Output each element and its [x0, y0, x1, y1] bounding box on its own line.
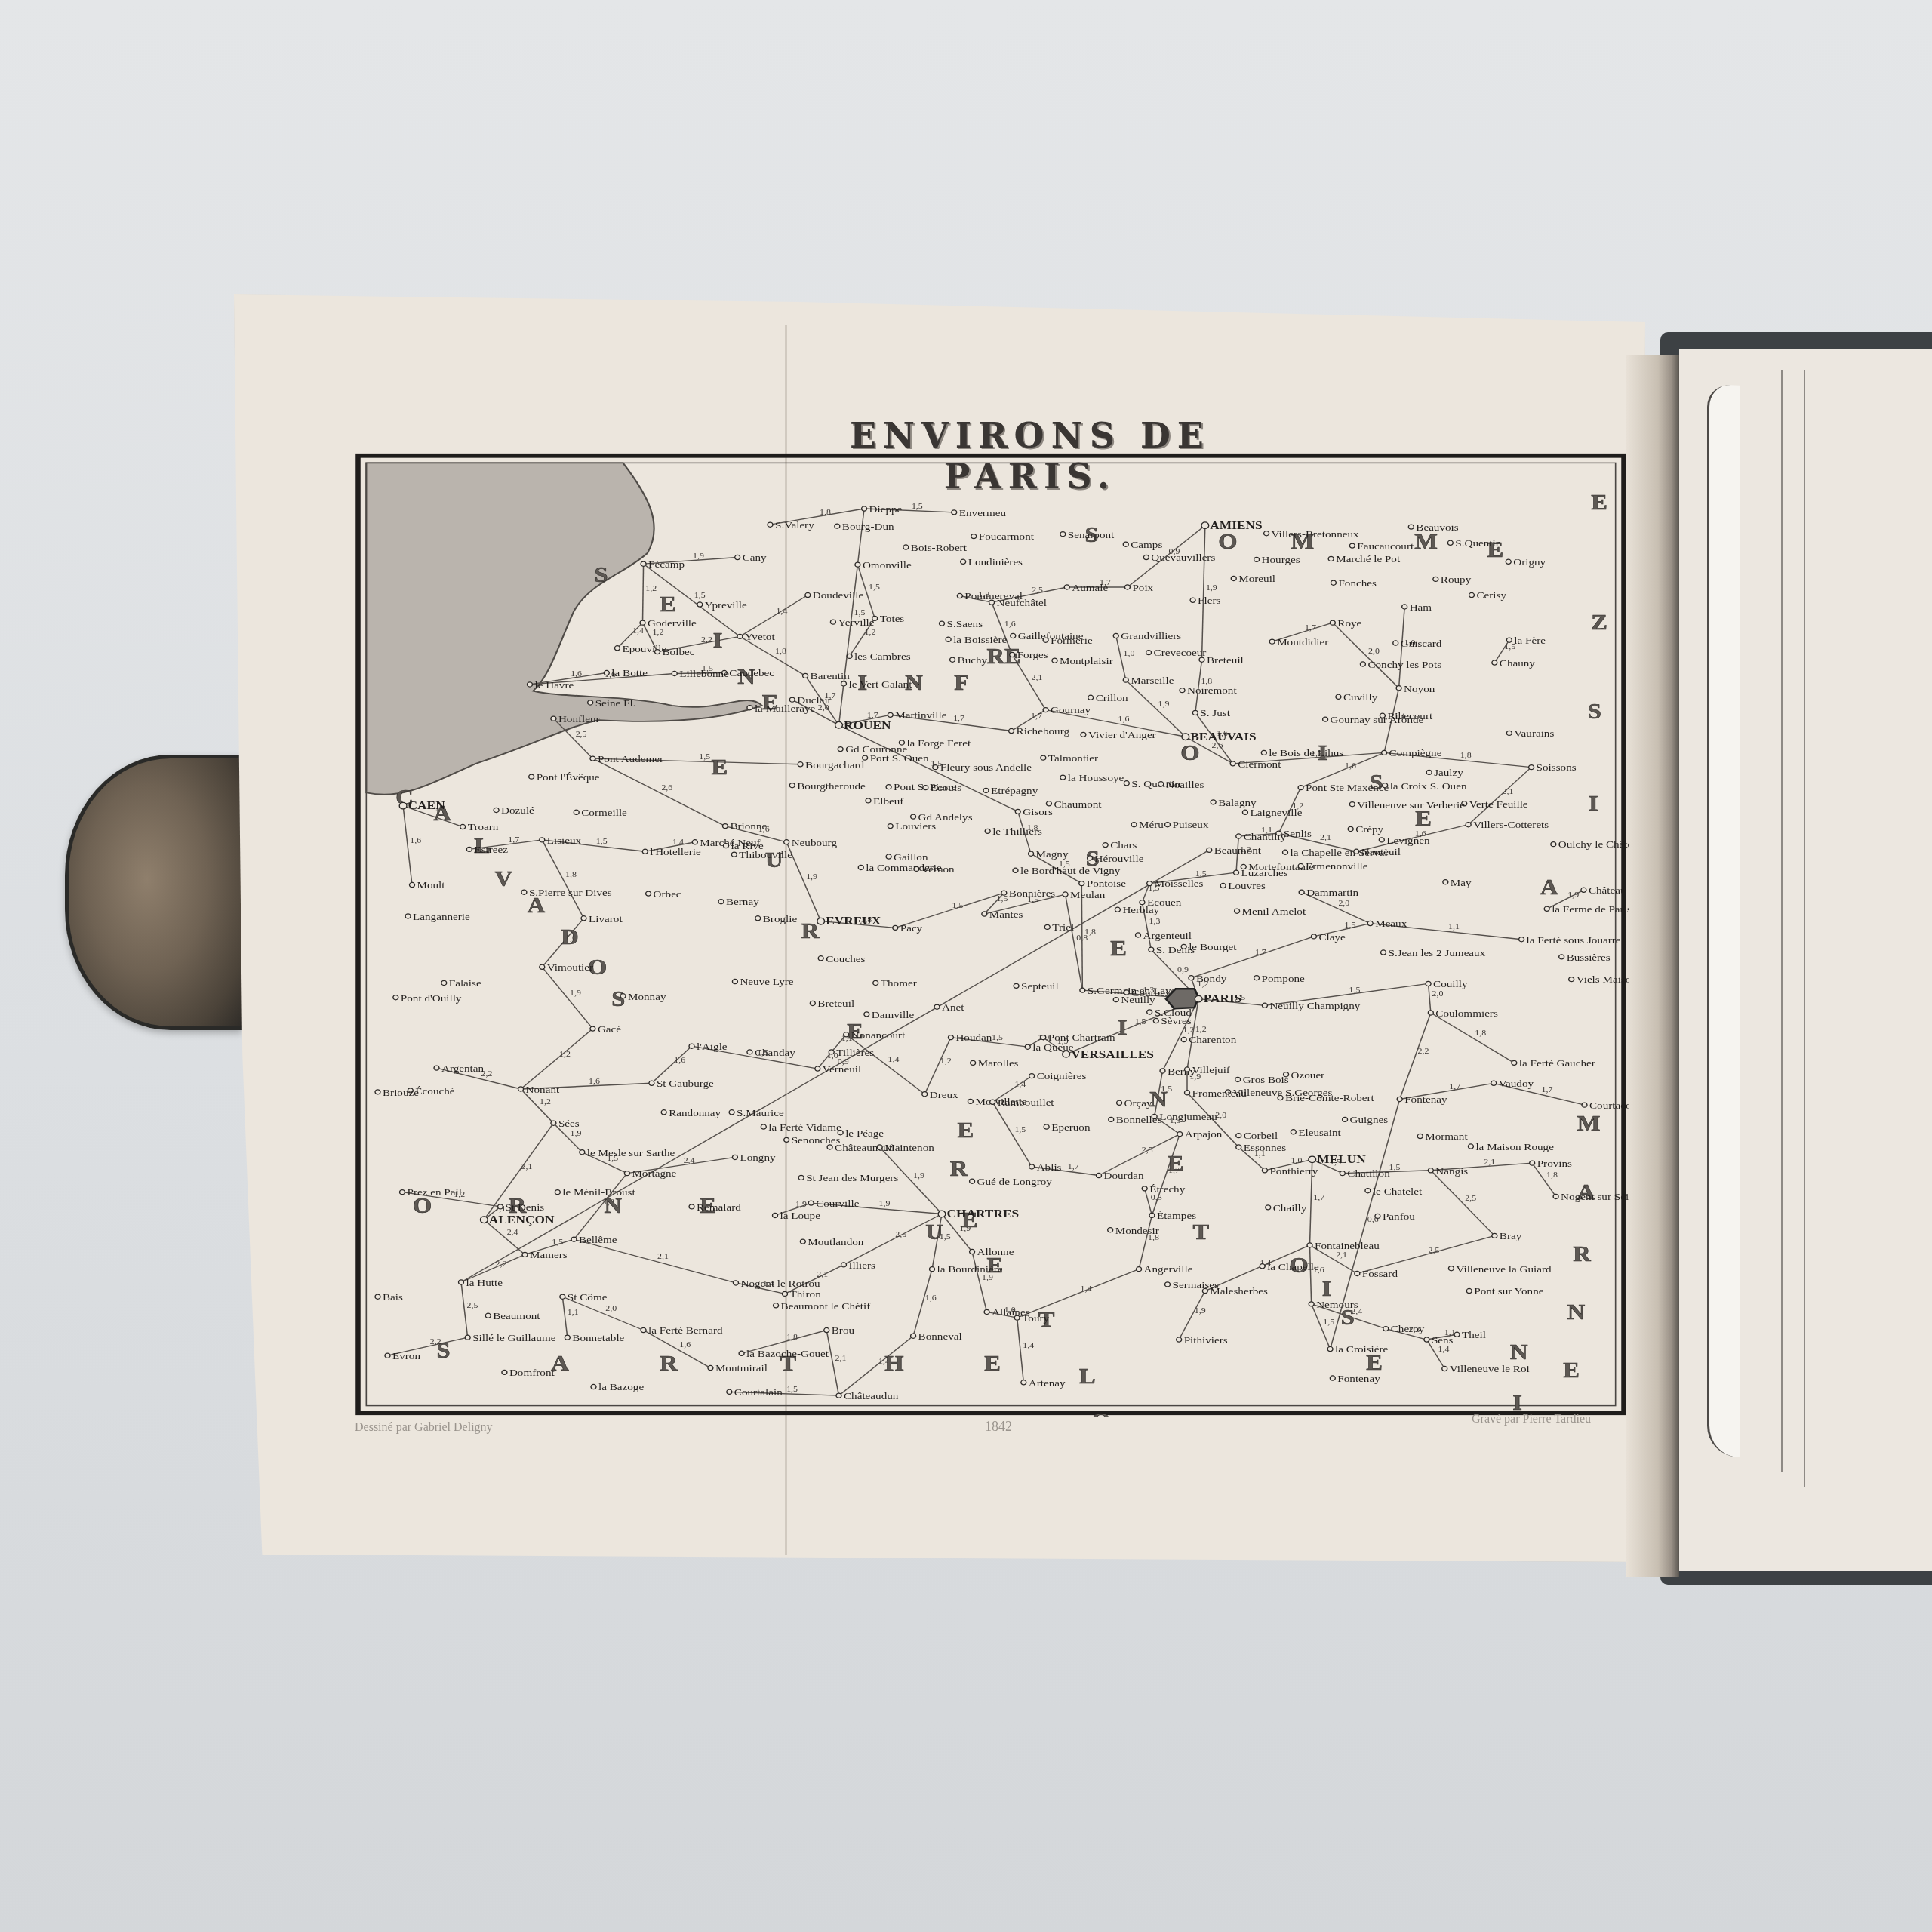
place-marker[interactable]: Port S. Ouen [863, 753, 929, 764]
place-marker[interactable]: Louviers [888, 821, 936, 832]
place-marker[interactable]: Laigneville [1242, 808, 1302, 819]
place-marker[interactable]: Herblay [1115, 905, 1160, 916]
place-marker[interactable]: Crépy [1348, 824, 1384, 835]
place-marker[interactable]: Levignen [1379, 835, 1429, 846]
place-marker[interactable]: Pont d'Ouilly [393, 992, 462, 1004]
place-marker[interactable]: Maintenon [877, 1143, 934, 1154]
place-marker[interactable]: Anet [934, 1002, 964, 1014]
place-marker[interactable]: Theil [1454, 1330, 1486, 1341]
town-circle-icon [1109, 1117, 1114, 1121]
place-marker[interactable]: Falaise [441, 978, 481, 989]
place-marker[interactable]: Bellême [571, 1235, 617, 1246]
place-marker[interactable]: Yerville [830, 617, 874, 629]
place-marker[interactable]: Château Thierry [1581, 885, 1629, 897]
place-marker[interactable]: S.Saens [940, 619, 983, 630]
place-marker[interactable]: St Côme [560, 1292, 608, 1303]
place-marker[interactable]: Longny [732, 1152, 776, 1164]
place-marker[interactable]: Formerie [1043, 635, 1093, 647]
place-marker[interactable]: Couches [818, 953, 866, 964]
place-marker[interactable]: MELUN [1309, 1152, 1366, 1166]
place-marker[interactable]: Conchy les Pots [1360, 660, 1441, 671]
place-marker[interactable]: Talmontier [1041, 753, 1098, 764]
place-marker[interactable]: Honfleur [551, 714, 600, 725]
place-marker[interactable]: Mortagne [624, 1168, 676, 1180]
place-marker[interactable]: Neubourg [784, 837, 837, 848]
place-marker[interactable]: Remalard [689, 1201, 741, 1213]
place-marker[interactable]: Hérouville [1088, 853, 1144, 864]
place-marker[interactable]: Luzarches [1234, 868, 1289, 879]
place-marker[interactable]: le Ménil-Broust [555, 1187, 635, 1198]
place-marker[interactable]: Richebourg [1009, 726, 1069, 737]
place-marker[interactable]: les Cambres [847, 651, 911, 663]
place-marker[interactable]: Origny [1506, 557, 1546, 568]
place-marker[interactable]: Méru [1131, 820, 1164, 831]
place-marker[interactable]: Montplaisir [1052, 656, 1113, 667]
place-marker[interactable]: S.Jean les 2 Jumeaux [1381, 948, 1486, 959]
place-marker[interactable]: Orçay [1117, 1098, 1153, 1109]
place-marker[interactable]: Lillebonne [672, 669, 729, 680]
place-marker[interactable]: Camps [1123, 540, 1162, 551]
place-marker[interactable]: Montmirail [708, 1363, 768, 1374]
place-marker[interactable]: St Gauburge [649, 1078, 714, 1090]
place-marker[interactable]: Ponthierry [1262, 1165, 1318, 1177]
place-marker[interactable]: Étampes [1149, 1210, 1197, 1222]
place-marker[interactable]: Pont Audemer [590, 754, 663, 765]
place-marker[interactable]: Essonnes [1236, 1143, 1287, 1154]
town-circle-icon [784, 1137, 789, 1142]
place-marker[interactable]: Gisors [1015, 807, 1053, 818]
place-marker[interactable]: Chatillon [1340, 1168, 1389, 1180]
place-marker[interactable]: Ermenonville [1298, 861, 1367, 872]
place-marker[interactable]: Monnay [620, 991, 666, 1002]
place-marker[interactable]: Faucaucourt [1349, 541, 1414, 552]
place-marker[interactable]: Ablis [1029, 1162, 1062, 1174]
place-name: Briouze [383, 1087, 419, 1098]
place-marker[interactable]: Coignières [1029, 1071, 1087, 1082]
english-channel-sea [366, 463, 761, 794]
place-marker[interactable]: Thomer [873, 978, 917, 989]
place-marker[interactable]: Eperuon [1044, 1122, 1090, 1134]
place-marker[interactable]: Neufchâtel [989, 598, 1047, 609]
place-marker[interactable]: Bondy [1189, 973, 1227, 984]
place-marker[interactable]: Argenteuil [1136, 931, 1192, 942]
place-marker[interactable]: Cormeille [574, 808, 627, 819]
place-marker[interactable]: Vivier d'Anger [1081, 730, 1156, 741]
place-marker[interactable]: Septeuil [1014, 981, 1059, 992]
place-marker[interactable]: Gournay [1043, 705, 1091, 716]
place-marker[interactable]: Bernay [718, 897, 760, 908]
place-marker[interactable]: S.Pierre sur Dives [521, 888, 612, 899]
place-marker[interactable]: Breteuil [810, 998, 854, 1010]
place-marker[interactable]: Chanday [747, 1047, 796, 1058]
town-circle-icon [957, 593, 962, 598]
place-marker[interactable]: Bonneval [911, 1331, 962, 1343]
place-name: la Croisière [1335, 1344, 1388, 1355]
place-marker[interactable]: Pont l'Évêque [529, 771, 600, 783]
place-marker[interactable]: Artenay [1021, 1377, 1066, 1389]
place-marker[interactable]: Buchy [950, 655, 988, 666]
place-marker[interactable]: Gué de Longroy [970, 1177, 1053, 1188]
place-marker[interactable]: Nangis [1428, 1165, 1468, 1177]
place-marker[interactable]: Pacy [893, 923, 923, 934]
place-marker[interactable]: Coulommiers [1428, 1008, 1498, 1019]
place-marker[interactable]: Mormant [1417, 1131, 1467, 1143]
place-marker[interactable]: Brou [824, 1325, 854, 1337]
department-letter: E [1110, 937, 1127, 961]
place-marker[interactable]: Bais [375, 1292, 403, 1303]
place-marker[interactable]: Argentan [434, 1063, 484, 1075]
place-marker[interactable]: le Vert Galant [841, 679, 912, 691]
place-marker[interactable]: Crevecoeur [1146, 648, 1207, 659]
place-marker[interactable]: le Havre [528, 679, 574, 691]
place-marker[interactable]: Triel [1044, 922, 1074, 934]
place-marker[interactable]: le Péage [838, 1128, 884, 1139]
place-marker[interactable]: Barentin [803, 671, 850, 682]
place-marker[interactable]: Viels Maisons [1569, 974, 1629, 986]
place-marker[interactable]: Gros Bois [1235, 1075, 1289, 1086]
place-marker[interactable]: Pontoise [1079, 878, 1126, 890]
place-marker[interactable]: Berny [1160, 1066, 1196, 1077]
place-marker[interactable]: Couilly [1426, 979, 1468, 990]
place-marker[interactable]: Gacé [590, 1024, 621, 1035]
place-marker[interactable]: Moult [410, 880, 445, 891]
place-marker[interactable]: Dozulé [494, 805, 534, 817]
place-marker[interactable]: Eleusaint [1291, 1127, 1340, 1138]
town-circle-icon [922, 1092, 928, 1097]
place-marker[interactable]: Moisselles [1147, 878, 1204, 890]
place-marker[interactable]: Brie-Comte-Robert [1278, 1093, 1374, 1104]
place-marker[interactable]: la Loupe [773, 1211, 820, 1222]
place-marker[interactable]: Dammartin [1299, 888, 1358, 899]
place-marker[interactable]: Rambouillet [990, 1097, 1054, 1109]
place-marker[interactable]: St Jean des Murgers [798, 1173, 899, 1184]
place-marker[interactable]: EVREUX [817, 914, 881, 928]
place-marker[interactable]: Soissons [1529, 762, 1577, 774]
place-marker[interactable]: VERSAILLES [1063, 1048, 1154, 1061]
place-marker[interactable]: la Croix S. Ouen [1383, 780, 1467, 792]
place-marker[interactable]: Hourges [1254, 555, 1300, 566]
town-circle-icon [835, 524, 840, 528]
place-name: Septeuil [1021, 981, 1059, 992]
town-circle-icon [984, 1309, 989, 1314]
place-marker[interactable]: Angerville [1137, 1264, 1193, 1275]
place-marker[interactable]: Meulan [1063, 890, 1105, 901]
place-marker[interactable]: Grandvilliers [1113, 631, 1181, 642]
place-marker[interactable]: Etrépagny [983, 786, 1038, 797]
place-marker[interactable]: Londinières [961, 557, 1023, 568]
place-marker[interactable]: Menil Amelot [1235, 906, 1306, 918]
place-marker[interactable]: Quevauvillers [1143, 552, 1215, 564]
place-marker[interactable]: May [1443, 877, 1472, 888]
place-marker[interactable]: Beaumont le Chétif [774, 1300, 871, 1312]
place-marker[interactable]: Compiègne [1382, 748, 1442, 759]
place-marker[interactable]: Fonches [1331, 578, 1377, 589]
place-marker[interactable]: Fontenay [1330, 1374, 1380, 1385]
place-marker[interactable]: Caudebec [721, 668, 774, 679]
place-marker[interactable]: Thibouville [731, 850, 792, 861]
place-marker[interactable]: Sées [551, 1118, 580, 1130]
place-marker[interactable]: Bussières [1559, 952, 1611, 963]
place-marker[interactable]: Beaumont [485, 1311, 540, 1322]
place-marker[interactable]: Yvetot [737, 632, 775, 643]
place-marker[interactable]: Fossard [1355, 1269, 1398, 1280]
place-marker[interactable]: Troarn [460, 822, 499, 833]
place-marker[interactable]: Claye [1311, 931, 1345, 943]
place-marker[interactable]: Villeneuve le Roi [1442, 1364, 1530, 1375]
place-marker[interactable]: Bray [1492, 1231, 1522, 1242]
place-marker[interactable]: Puiseux [1165, 820, 1209, 831]
place-marker[interactable]: Villers-Bretonneux [1264, 528, 1359, 540]
place-marker[interactable]: Noiremont [1180, 685, 1237, 697]
place-marker[interactable]: Aumale [1064, 583, 1108, 594]
place-marker[interactable]: Villeneuve sur Verberie [1349, 799, 1465, 811]
place-marker[interactable]: Magny [1029, 849, 1069, 860]
road [542, 967, 592, 1029]
place-marker[interactable]: Étrechy [1142, 1183, 1186, 1195]
place-marker[interactable]: PARIS [1166, 989, 1241, 1008]
place-name: Charenton [1189, 1035, 1236, 1046]
place-marker[interactable]: St Denis [498, 1201, 545, 1213]
place-name: S.Valery [775, 520, 815, 531]
place-marker[interactable]: Bourgtheroude [789, 780, 866, 792]
road-distance: 1,7 [1313, 1194, 1324, 1202]
place-marker[interactable]: Louvres [1220, 881, 1266, 892]
place-marker[interactable]: Fleury sous Andelle [933, 762, 1032, 774]
place-marker[interactable]: Cany [735, 552, 768, 564]
place-marker[interactable]: Ribecourt [1380, 711, 1432, 722]
place-marker[interactable]: Ypreville [697, 600, 747, 611]
place-marker[interactable]: Jaulzy [1426, 768, 1464, 779]
place-marker[interactable]: Villejuif [1185, 1065, 1231, 1076]
place-marker[interactable]: Senonches [784, 1135, 841, 1146]
place-marker[interactable]: la Bazoche-Gouet [739, 1349, 829, 1360]
place-marker[interactable]: la Ferté Vidame [761, 1122, 841, 1134]
place-marker[interactable]: Neuilly Champigny [1262, 1001, 1361, 1012]
place-marker[interactable]: Elbeuf [866, 795, 904, 807]
place-marker[interactable]: la Ferté sous Jouarre [1519, 934, 1621, 946]
place-marker[interactable]: Broglie [755, 913, 797, 924]
place-marker[interactable]: ROUEN [835, 718, 891, 732]
place-marker[interactable]: la Hutte [459, 1278, 503, 1289]
place-marker[interactable]: Panfou [1375, 1211, 1415, 1223]
place-marker[interactable]: Nogent le Rotrou [734, 1278, 820, 1289]
place-marker[interactable]: Nanteuil [1354, 847, 1401, 858]
place-marker[interactable]: S.Valery [768, 520, 815, 531]
place-marker[interactable]: le Bord'haut de Vigny [1013, 866, 1121, 877]
place-marker[interactable]: Marseille [1123, 675, 1174, 687]
place-marker[interactable]: Châteauneuf [827, 1143, 893, 1154]
place-marker[interactable]: Chars [1103, 840, 1137, 851]
place-marker[interactable]: Pompone [1254, 973, 1305, 984]
place-marker[interactable]: CHARTRES [938, 1207, 1019, 1220]
place-marker[interactable]: BEAUVAIS [1182, 730, 1257, 743]
place-marker[interactable]: Prez en Pail [400, 1187, 462, 1198]
place-marker[interactable]: Bonnetable [565, 1333, 624, 1344]
place-marker[interactable]: Chauny [1492, 658, 1536, 669]
place-marker[interactable]: Fontainebleau [1307, 1240, 1380, 1251]
place-marker[interactable]: Gaillon [886, 852, 928, 863]
place-marker[interactable]: la Croisière [1327, 1344, 1388, 1355]
place-marker[interactable]: Pont Ste Maxence [1298, 783, 1389, 794]
place-marker[interactable]: Bourgachard [798, 759, 864, 771]
place-marker[interactable]: Guignes [1343, 1115, 1389, 1126]
place-marker[interactable]: Damville [864, 1009, 914, 1020]
town-circle-icon [1177, 1132, 1183, 1137]
place-marker[interactable]: Fontenay [1397, 1094, 1447, 1106]
place-marker[interactable]: le Bourget [1181, 942, 1236, 953]
place-marker[interactable]: Marché le Pot [1328, 554, 1400, 565]
place-marker[interactable]: Senarpont [1060, 529, 1114, 540]
leather-clasp-tab[interactable] [65, 755, 242, 1030]
place-marker[interactable]: Goderville [640, 618, 697, 629]
place-marker[interactable]: Livarot [581, 913, 623, 924]
place-name: St Denis [506, 1201, 545, 1213]
place-marker[interactable]: Neuve Lyre [732, 977, 793, 988]
place-marker[interactable]: la Bazoge [591, 1382, 644, 1393]
place-marker[interactable]: Moutlandon [800, 1237, 863, 1248]
place-marker[interactable]: la Bourdinière [930, 1264, 1003, 1275]
place-name: Herblay [1122, 905, 1160, 916]
place-marker[interactable]: Cuvilly [1336, 692, 1378, 703]
place-marker[interactable]: Verneuil [815, 1064, 861, 1075]
place-marker[interactable]: Cerisy [1469, 590, 1507, 601]
place-marker[interactable]: Doudeville [805, 590, 863, 601]
place-marker[interactable]: Noailles [1158, 779, 1204, 790]
place-marker[interactable]: Thiron [783, 1289, 821, 1300]
place-marker[interactable]: Verte Feuille [1462, 798, 1528, 810]
place-marker[interactable]: Estreez [466, 844, 508, 856]
place-marker[interactable]: Bonnelles [1109, 1115, 1162, 1126]
place-marker[interactable]: Flers [1190, 595, 1221, 607]
place-marker[interactable]: Arpajon [1177, 1129, 1223, 1140]
place-marker[interactable]: Fromenteau [1185, 1088, 1247, 1099]
place-marker[interactable]: Châteaudun [836, 1391, 898, 1402]
place-marker[interactable]: Beauvois [1408, 522, 1459, 534]
place-marker[interactable]: la Boissière [946, 635, 1007, 646]
place-marker[interactable]: le Chatelet [1365, 1186, 1422, 1197]
place-marker[interactable]: Sermaises [1165, 1279, 1220, 1291]
place-marker[interactable]: Courville [808, 1198, 859, 1210]
place-marker[interactable]: Seine Fl. [588, 698, 636, 709]
place-marker[interactable]: Mondesir [1108, 1225, 1159, 1236]
place-marker[interactable]: Moreuil [1231, 574, 1275, 585]
place-marker[interactable]: Poix [1124, 583, 1153, 594]
place-marker[interactable]: Fécamp [641, 559, 685, 571]
place-marker[interactable]: Bourg-Dun [835, 521, 894, 533]
place-marker[interactable]: Sillé le Guillaume [465, 1333, 555, 1344]
place-marker[interactable]: le Mesle sur Sarthe [580, 1147, 675, 1158]
place-marker[interactable]: Sens [1424, 1335, 1454, 1346]
place-marker[interactable]: Randonnay [661, 1107, 721, 1118]
place-marker[interactable]: Briouze [375, 1087, 419, 1098]
place-marker[interactable]: Bonnières [1001, 888, 1056, 900]
place-marker[interactable]: Chaumont [1046, 798, 1101, 810]
place-name: Ypreville [705, 600, 747, 611]
place-marker[interactable]: Dourdan [1097, 1171, 1144, 1182]
place-marker[interactable]: S.Maurice [729, 1107, 784, 1118]
department-letter: D [561, 924, 578, 949]
place-marker[interactable]: Vaurains [1506, 728, 1554, 740]
place-marker[interactable]: Evron [385, 1351, 420, 1362]
place-marker[interactable]: Chailly [1266, 1202, 1307, 1214]
place-marker[interactable]: le Thilliers [985, 826, 1042, 838]
place-marker[interactable]: Ozouer [1284, 1069, 1325, 1081]
place-marker[interactable]: la Forge Feret [899, 737, 971, 749]
place-marker[interactable]: Totes [872, 614, 905, 625]
place-marker[interactable]: Tillières [829, 1047, 874, 1058]
place-marker[interactable]: Domfront [502, 1367, 555, 1379]
place-marker[interactable]: Villers-Cotterets [1466, 820, 1549, 831]
place-marker[interactable]: la Maison Rouge [1468, 1142, 1553, 1153]
place-marker[interactable]: Langannerie [405, 911, 470, 922]
place-marker[interactable]: Allonne [970, 1247, 1014, 1258]
place-marker[interactable]: Dieppe [862, 504, 903, 515]
place-marker[interactable]: Pont sur Yonne [1466, 1286, 1543, 1297]
place-marker[interactable]: Roupy [1433, 574, 1472, 586]
town-circle-icon [734, 1281, 739, 1285]
place-marker[interactable]: Guiscard [1393, 638, 1442, 650]
place-marker[interactable]: la Ferté Gaucher [1512, 1058, 1595, 1069]
town-circle-icon [1195, 995, 1202, 1002]
place-marker[interactable]: la Ferme de Paris [1544, 904, 1629, 915]
town-circle-icon [718, 900, 724, 904]
place-marker[interactable]: Charenton [1181, 1035, 1236, 1046]
place-marker[interactable]: Bois-Robert [903, 543, 967, 554]
place-marker[interactable]: Montdidier [1269, 637, 1328, 648]
place-marker[interactable]: Mamers [522, 1250, 568, 1261]
place-marker[interactable]: Marolles [971, 1058, 1019, 1069]
place-marker[interactable]: la Mailleraye [747, 703, 815, 714]
place-marker[interactable]: l'Hotellerie [642, 847, 700, 858]
place-marker[interactable]: Courtaçon [1582, 1100, 1629, 1112]
place-marker[interactable]: Roye [1330, 618, 1361, 629]
place-marker[interactable]: Orbec [646, 889, 681, 900]
place-marker[interactable]: Ham [1402, 601, 1432, 613]
place-marker[interactable]: Courtalain [727, 1387, 783, 1398]
place-marker[interactable]: Villeneuve la Guiard [1448, 1263, 1551, 1275]
place-marker[interactable]: ALENÇON [480, 1213, 554, 1226]
place-marker[interactable]: le Bois de Lihus [1261, 748, 1343, 759]
place-marker[interactable]: Pithiviers [1177, 1335, 1228, 1346]
place-marker[interactable]: Nonancourt [844, 1029, 905, 1041]
place-name: Gisors [1023, 807, 1053, 818]
place-marker[interactable]: Corbeil [1236, 1131, 1278, 1142]
town-circle-icon [1029, 851, 1034, 856]
town-circle-icon [604, 670, 609, 675]
place-marker[interactable]: Oulchy le Château [1551, 839, 1629, 851]
place-marker[interactable]: Omonville [855, 560, 912, 571]
place-marker[interactable]: Nogent sur Seine [1553, 1192, 1629, 1203]
place-marker[interactable]: Envermeu [952, 507, 1006, 518]
place-marker[interactable]: Beaumont [1207, 845, 1261, 857]
place-marker[interactable]: Clermont [1230, 758, 1281, 770]
place-name: l'Hotellerie [650, 847, 701, 858]
place-marker[interactable]: AMIENS [1201, 518, 1263, 532]
place-marker[interactable]: Vimoutier [540, 962, 594, 974]
place-marker[interactable]: la Ferté Bernard [641, 1325, 722, 1337]
place-marker[interactable]: Illiers [841, 1260, 876, 1271]
place-marker[interactable]: Nemours [1309, 1299, 1358, 1310]
place-marker[interactable]: Noyon [1396, 683, 1435, 694]
place-marker[interactable]: Dreux [922, 1089, 958, 1100]
place-name: Panfou [1383, 1211, 1415, 1223]
place-marker[interactable]: la Chapelle [1260, 1261, 1319, 1272]
place-marker[interactable]: S.Quentin [1447, 538, 1501, 549]
place-marker[interactable]: Martinville [888, 710, 946, 721]
place-marker[interactable]: Crillon [1088, 693, 1128, 704]
place-marker[interactable]: la Houssoye [1060, 773, 1124, 784]
place-marker[interactable]: Foucarmont [971, 531, 1034, 543]
